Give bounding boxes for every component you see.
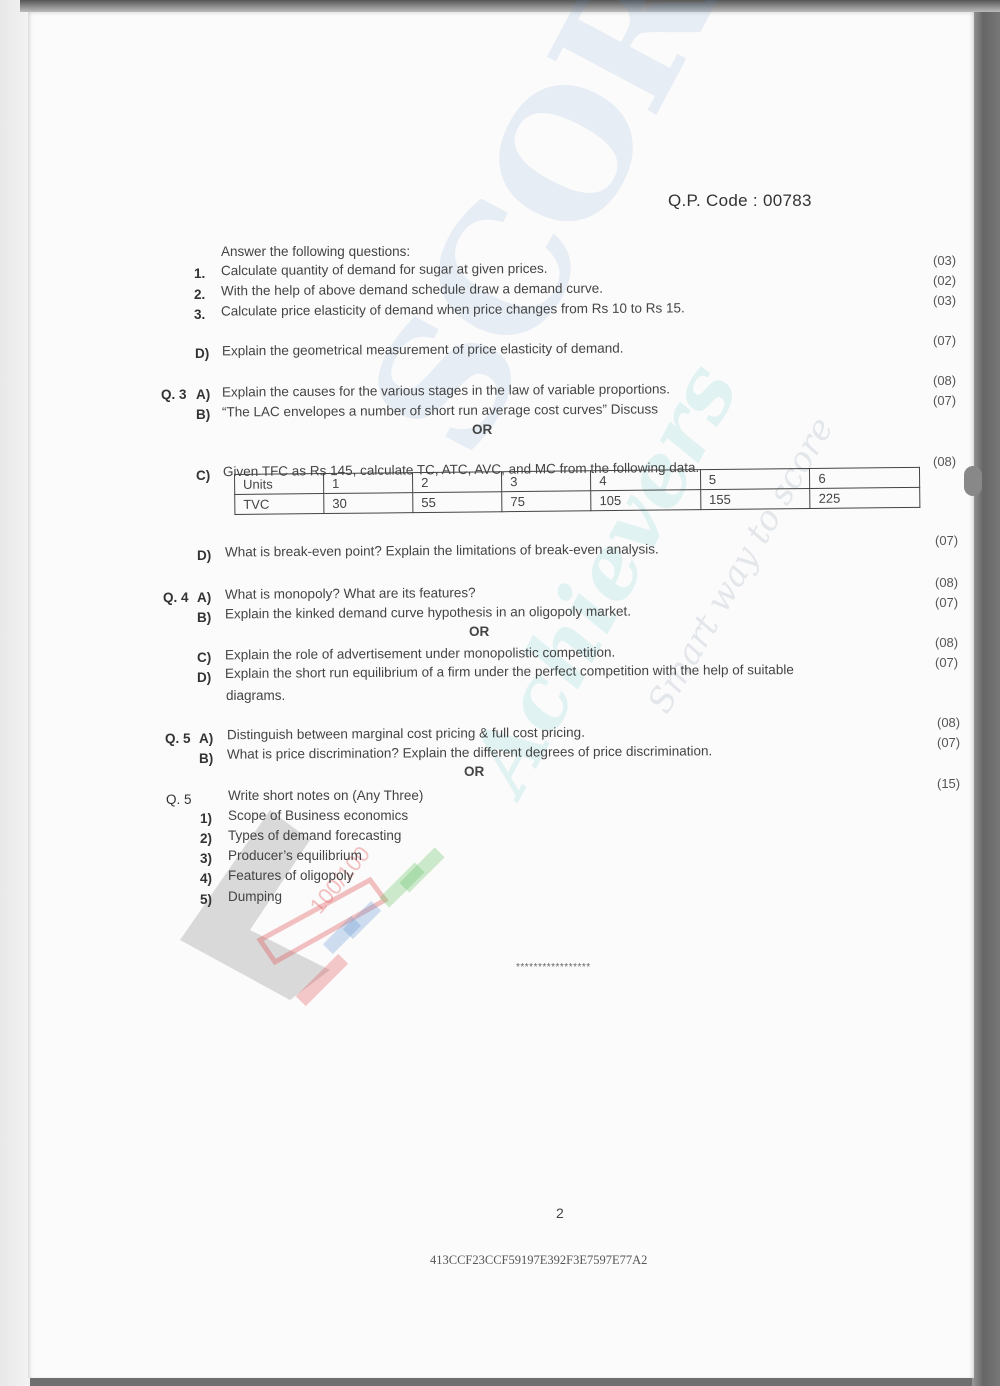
q4-b-label: B) bbox=[197, 610, 211, 625]
row-header: TVC bbox=[235, 494, 324, 515]
note-3-text: Producer’s equilibrium bbox=[228, 848, 362, 863]
q3-c-marks: (08) bbox=[933, 454, 956, 469]
table-cell: 225 bbox=[810, 487, 920, 508]
q4-a-label: A) bbox=[197, 590, 211, 605]
q3-a-text: Explain the causes for the various stage… bbox=[222, 381, 670, 399]
table-cell: 55 bbox=[413, 492, 502, 513]
note-4-text: Features of oligopoly bbox=[228, 868, 353, 883]
q2-item-1-marks: (03) bbox=[933, 253, 956, 268]
q5-alt-label: Q. 5 bbox=[166, 792, 192, 807]
q4-c-marks: (08) bbox=[935, 635, 958, 650]
q3-a-label: A) bbox=[196, 387, 210, 402]
q4-c-label: C) bbox=[197, 650, 211, 665]
table-cell: 6 bbox=[810, 467, 920, 488]
q4-d-text-cont: diagrams. bbox=[226, 688, 285, 703]
q2-intro: Answer the following questions: bbox=[221, 244, 410, 259]
qp-code: Q.P. Code : 00783 bbox=[668, 191, 812, 211]
row-header: Units bbox=[235, 474, 324, 495]
tvc-table: Units123456TVC305575105155225 bbox=[234, 467, 920, 515]
q4-b-text: Explain the kinked demand curve hypothes… bbox=[225, 604, 631, 622]
q5-a-text: Distinguish between marginal cost pricin… bbox=[227, 725, 585, 742]
table-cell: 1 bbox=[324, 473, 413, 494]
q3-d-text: What is break-even point? Explain the li… bbox=[225, 541, 659, 559]
table-cell: 2 bbox=[413, 472, 502, 493]
q3-b-marks: (07) bbox=[933, 393, 956, 408]
q3-d-label: D) bbox=[197, 548, 211, 563]
scan-top-edge bbox=[20, 0, 1000, 12]
q2-item-1-num: 1. bbox=[194, 266, 205, 281]
q5-label: Q. 5 bbox=[165, 731, 191, 746]
q3-a-marks: (08) bbox=[933, 373, 956, 388]
note-2-text: Types of demand forecasting bbox=[228, 828, 401, 843]
q2-item-2-marks: (02) bbox=[933, 273, 956, 288]
q5-alt-marks: (15) bbox=[937, 776, 960, 791]
q2-item-2-text: With the help of above demand schedule d… bbox=[221, 281, 603, 299]
note-5-text: Dumping bbox=[228, 889, 282, 904]
note-3-num: 3) bbox=[200, 851, 212, 866]
q4-c-text: Explain the role of advertisement under … bbox=[225, 645, 615, 663]
q5-alt-intro: Write short notes on (Any Three) bbox=[228, 788, 423, 803]
q5-or: OR bbox=[464, 764, 484, 779]
q4-d-label: D) bbox=[197, 670, 211, 685]
q4-b-marks: (07) bbox=[935, 595, 958, 610]
q5-a-label: A) bbox=[199, 731, 213, 746]
document-id: 413CCF23CCF59197E392F3E7597E77A2 bbox=[430, 1253, 647, 1268]
table-cell: 30 bbox=[324, 493, 413, 514]
binder-clip bbox=[964, 466, 982, 496]
q3-d-marks: (07) bbox=[935, 533, 958, 548]
scan-left-edge bbox=[0, 0, 30, 1386]
note-5-num: 5) bbox=[200, 892, 212, 907]
q4-or: OR bbox=[469, 624, 489, 639]
note-2-num: 2) bbox=[200, 831, 212, 846]
q2-d-label: D) bbox=[195, 346, 209, 361]
page-number: 2 bbox=[556, 1205, 564, 1221]
q4-d-marks: (07) bbox=[935, 655, 958, 670]
q3-b-text: “The LAC envelopes a number of short run… bbox=[222, 401, 658, 419]
scan-right-edge bbox=[972, 0, 1000, 1386]
exam-page bbox=[28, 8, 974, 1378]
note-4-num: 4) bbox=[200, 871, 212, 886]
q3-c-label: C) bbox=[196, 468, 210, 483]
end-marker: ***************** bbox=[516, 962, 591, 973]
q5-a-marks: (08) bbox=[937, 715, 960, 730]
table-cell: 4 bbox=[591, 470, 701, 491]
q4-label: Q. 4 bbox=[163, 590, 189, 605]
q3-b-label: B) bbox=[196, 407, 210, 422]
note-1-num: 1) bbox=[200, 811, 212, 826]
note-1-text: Scope of Business economics bbox=[228, 808, 408, 823]
table-cell: 5 bbox=[700, 468, 810, 489]
q2-item-3-marks: (03) bbox=[933, 293, 956, 308]
table-cell: 155 bbox=[700, 488, 810, 509]
q2-item-1-text: Calculate quantity of demand for sugar a… bbox=[221, 261, 548, 278]
q5-b-label: B) bbox=[199, 751, 213, 766]
q2-d-marks: (07) bbox=[933, 333, 956, 348]
q2-item-3-num: 3. bbox=[194, 307, 205, 322]
q3-or: OR bbox=[472, 422, 492, 437]
q5-b-marks: (07) bbox=[937, 735, 960, 750]
q2-d-text: Explain the geometrical measurement of p… bbox=[222, 341, 624, 359]
q2-item-2-num: 2. bbox=[194, 287, 205, 302]
table-cell: 3 bbox=[502, 471, 591, 492]
q4-a-marks: (08) bbox=[935, 575, 958, 590]
q3-label: Q. 3 bbox=[161, 387, 187, 402]
table-cell: 105 bbox=[591, 490, 701, 511]
table-cell: 75 bbox=[502, 491, 591, 512]
q4-a-text: What is monopoly? What are its features? bbox=[225, 585, 476, 602]
